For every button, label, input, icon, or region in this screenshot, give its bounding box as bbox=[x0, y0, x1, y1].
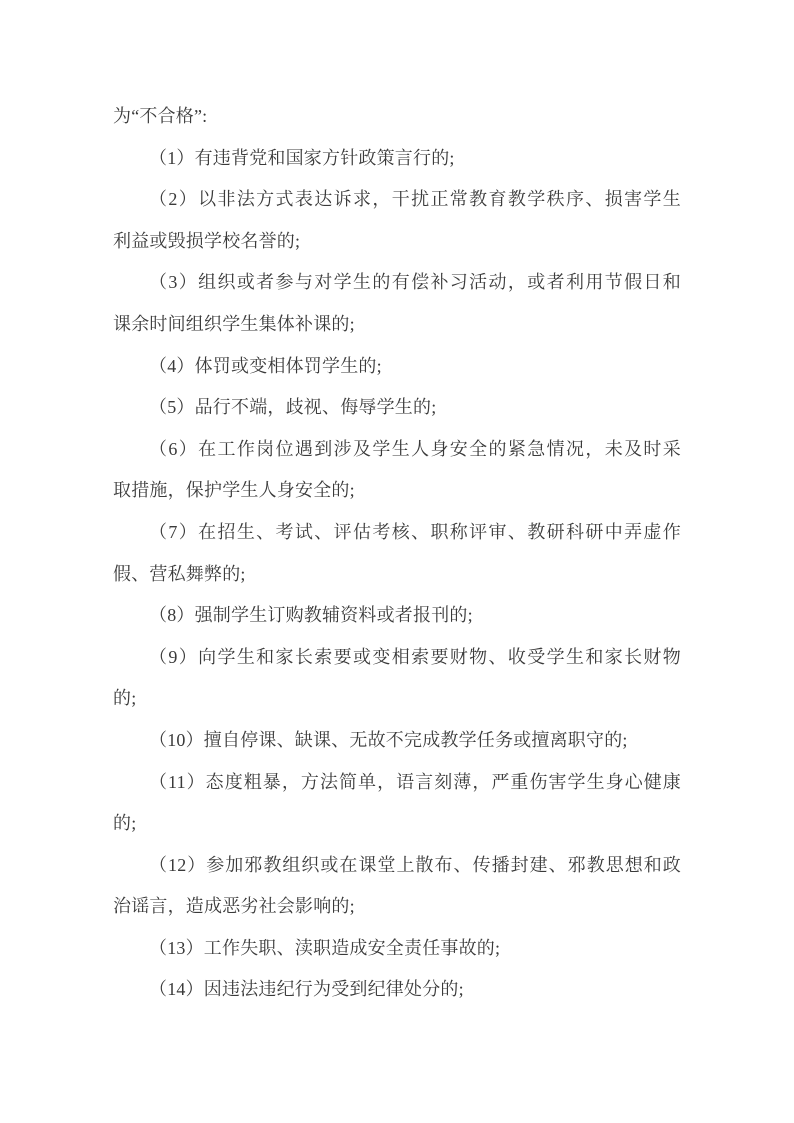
document-page: 为“不合格”: （1）有违背党和国家方针政策言行的; （2）以非法方式表达诉求，… bbox=[0, 0, 794, 1123]
list-item: （4）体罚或变相体罚学生的; bbox=[113, 346, 681, 388]
item-line: （6）在工作岗位遇到涉及学生人身安全的紧急情况，未及时采 bbox=[113, 429, 681, 471]
item-line: 利益或毁损学校名誉的; bbox=[113, 221, 681, 263]
item-line: （2）以非法方式表达诉求，干扰正常教育教学秩序、损害学生 bbox=[113, 179, 681, 221]
item-line: （13）工作失职、渎职造成安全责任事故的; bbox=[113, 928, 681, 970]
item-line: （11）态度粗暴，方法简单，语言刻薄，严重伤害学生身心健康 bbox=[113, 762, 681, 804]
item-line: 取措施，保护学生人身安全的; bbox=[113, 470, 681, 512]
item-line: 的; bbox=[113, 678, 681, 720]
list-item: （9）向学生和家长索要或变相索要财物、收受学生和家长财物 的; bbox=[113, 637, 681, 720]
item-line: （3）组织或者参与对学生的有偿补习活动，或者利用节假日和 bbox=[113, 262, 681, 304]
list-item: （2）以非法方式表达诉求，干扰正常教育教学秩序、损害学生 利益或毁损学校名誉的; bbox=[113, 179, 681, 262]
list-item: （13）工作失职、渎职造成安全责任事故的; bbox=[113, 928, 681, 970]
item-line: （5）品行不端，歧视、侮辱学生的; bbox=[113, 387, 681, 429]
list-item: （14）因违法违纪行为受到纪律处分的; bbox=[113, 969, 681, 1011]
item-line: （1）有违背党和国家方针政策言行的; bbox=[113, 138, 681, 180]
list-item: （6）在工作岗位遇到涉及学生人身安全的紧急情况，未及时采 取措施，保护学生人身安… bbox=[113, 429, 681, 512]
list-item: （11）态度粗暴，方法简单，语言刻薄，严重伤害学生身心健康 的; bbox=[113, 762, 681, 845]
list-item: （12）参加邪教组织或在课堂上散布、传播封建、邪教思想和政 治谣言，造成恶劣社会… bbox=[113, 845, 681, 928]
item-line: 假、营私舞弊的; bbox=[113, 554, 681, 596]
list-item: （5）品行不端，歧视、侮辱学生的; bbox=[113, 387, 681, 429]
continuation-paragraph: 为“不合格”: bbox=[113, 96, 681, 138]
item-line: （8）强制学生订购教辅资料或者报刊的; bbox=[113, 595, 681, 637]
item-line: （7）在招生、考试、评估考核、职称评审、教研科研中弄虚作 bbox=[113, 512, 681, 554]
list-item: （3）组织或者参与对学生的有偿补习活动，或者利用节假日和 课余时间组织学生集体补… bbox=[113, 262, 681, 345]
item-line: （10）擅自停课、缺课、无故不完成教学任务或擅离职守的; bbox=[113, 720, 681, 762]
item-line: （14）因违法违纪行为受到纪律处分的; bbox=[113, 969, 681, 1011]
item-line: （9）向学生和家长索要或变相索要财物、收受学生和家长财物 bbox=[113, 637, 681, 679]
item-line: 治谣言，造成恶劣社会影响的; bbox=[113, 886, 681, 928]
item-line: （4）体罚或变相体罚学生的; bbox=[113, 346, 681, 388]
item-line: 课余时间组织学生集体补课的; bbox=[113, 304, 681, 346]
list-item: （1）有违背党和国家方针政策言行的; bbox=[113, 138, 681, 180]
list-item: （8）强制学生订购教辅资料或者报刊的; bbox=[113, 595, 681, 637]
document-body: 为“不合格”: （1）有违背党和国家方针政策言行的; （2）以非法方式表达诉求，… bbox=[0, 0, 794, 1011]
continuation-text: 为“不合格”: bbox=[113, 96, 681, 138]
item-line: 的; bbox=[113, 803, 681, 845]
list-item: （7）在招生、考试、评估考核、职称评审、教研科研中弄虚作 假、营私舞弊的; bbox=[113, 512, 681, 595]
list-item: （10）擅自停课、缺课、无故不完成教学任务或擅离职守的; bbox=[113, 720, 681, 762]
item-line: （12）参加邪教组织或在课堂上散布、传播封建、邪教思想和政 bbox=[113, 845, 681, 887]
